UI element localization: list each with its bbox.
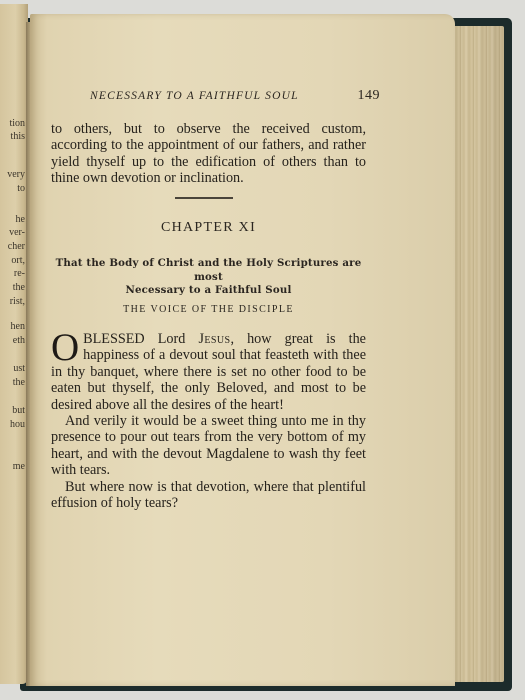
left-page-fragment: rist,	[10, 296, 25, 307]
left-page-fragment: hen	[11, 321, 25, 332]
section-divider	[175, 197, 233, 199]
section-heading: THE VOICE OF THE DISCIPLE	[51, 304, 366, 315]
left-page-fragment: this	[11, 131, 25, 142]
left-page-fragment: re-	[14, 268, 25, 279]
left-page-fragment: tion	[9, 118, 25, 129]
left-page-fragment: the	[13, 282, 25, 293]
book-photo: tionthisverytohever-cherort,re-therist,h…	[0, 0, 525, 700]
left-page-fragment: hou	[10, 419, 25, 430]
running-title: NECESSARY TO A FAITHFUL SOUL	[90, 90, 299, 102]
paragraph-3: But where now is that devotion, where th…	[51, 479, 366, 512]
left-page-fragment: me	[13, 461, 25, 472]
chapter-body: O BLESSED Lord Jesus, how great is the h…	[51, 331, 366, 511]
left-page-fragment: cher	[8, 241, 25, 252]
continued-paragraph: to others, but to observe the received c…	[51, 121, 366, 187]
running-head: NECESSARY TO A FAITHFUL SOUL 149	[90, 88, 380, 104]
left-page: tionthisverytohever-cherort,re-therist,h…	[0, 4, 28, 684]
page-edges	[448, 26, 504, 682]
page-number: 149	[358, 88, 381, 104]
left-page-fragment: very	[7, 169, 25, 180]
left-page-fragment: to	[17, 183, 25, 194]
left-page-fragment: ust	[13, 363, 25, 374]
paragraph-1-smallcaps: Jesus	[198, 331, 230, 347]
paragraph-1: O BLESSED Lord Jesus, how great is the h…	[51, 331, 366, 413]
paragraph-1-lead: BLESSED Lord	[83, 331, 198, 347]
left-page-fragment: ort,	[11, 255, 25, 266]
chapter-heading: CHAPTER XI	[51, 220, 366, 236]
left-page-fragment: but	[12, 405, 25, 416]
chapter-title-line-1: That the Body of Christ and the Holy Scr…	[51, 257, 366, 284]
left-page-fragment: eth	[13, 335, 25, 346]
left-page-fragment: ver-	[9, 227, 25, 238]
drop-cap: O	[51, 333, 79, 363]
chapter-title: That the Body of Christ and the Holy Scr…	[51, 257, 366, 298]
left-page-fragment: he	[16, 214, 25, 225]
paragraph-2: And verily it would be a sweet thing unt…	[51, 413, 366, 479]
continued-paragraph-text: to others, but to observe the received c…	[51, 121, 366, 187]
chapter-title-line-2: Necessary to a Faithful Soul	[51, 284, 366, 298]
left-page-fragment: the	[13, 377, 25, 388]
